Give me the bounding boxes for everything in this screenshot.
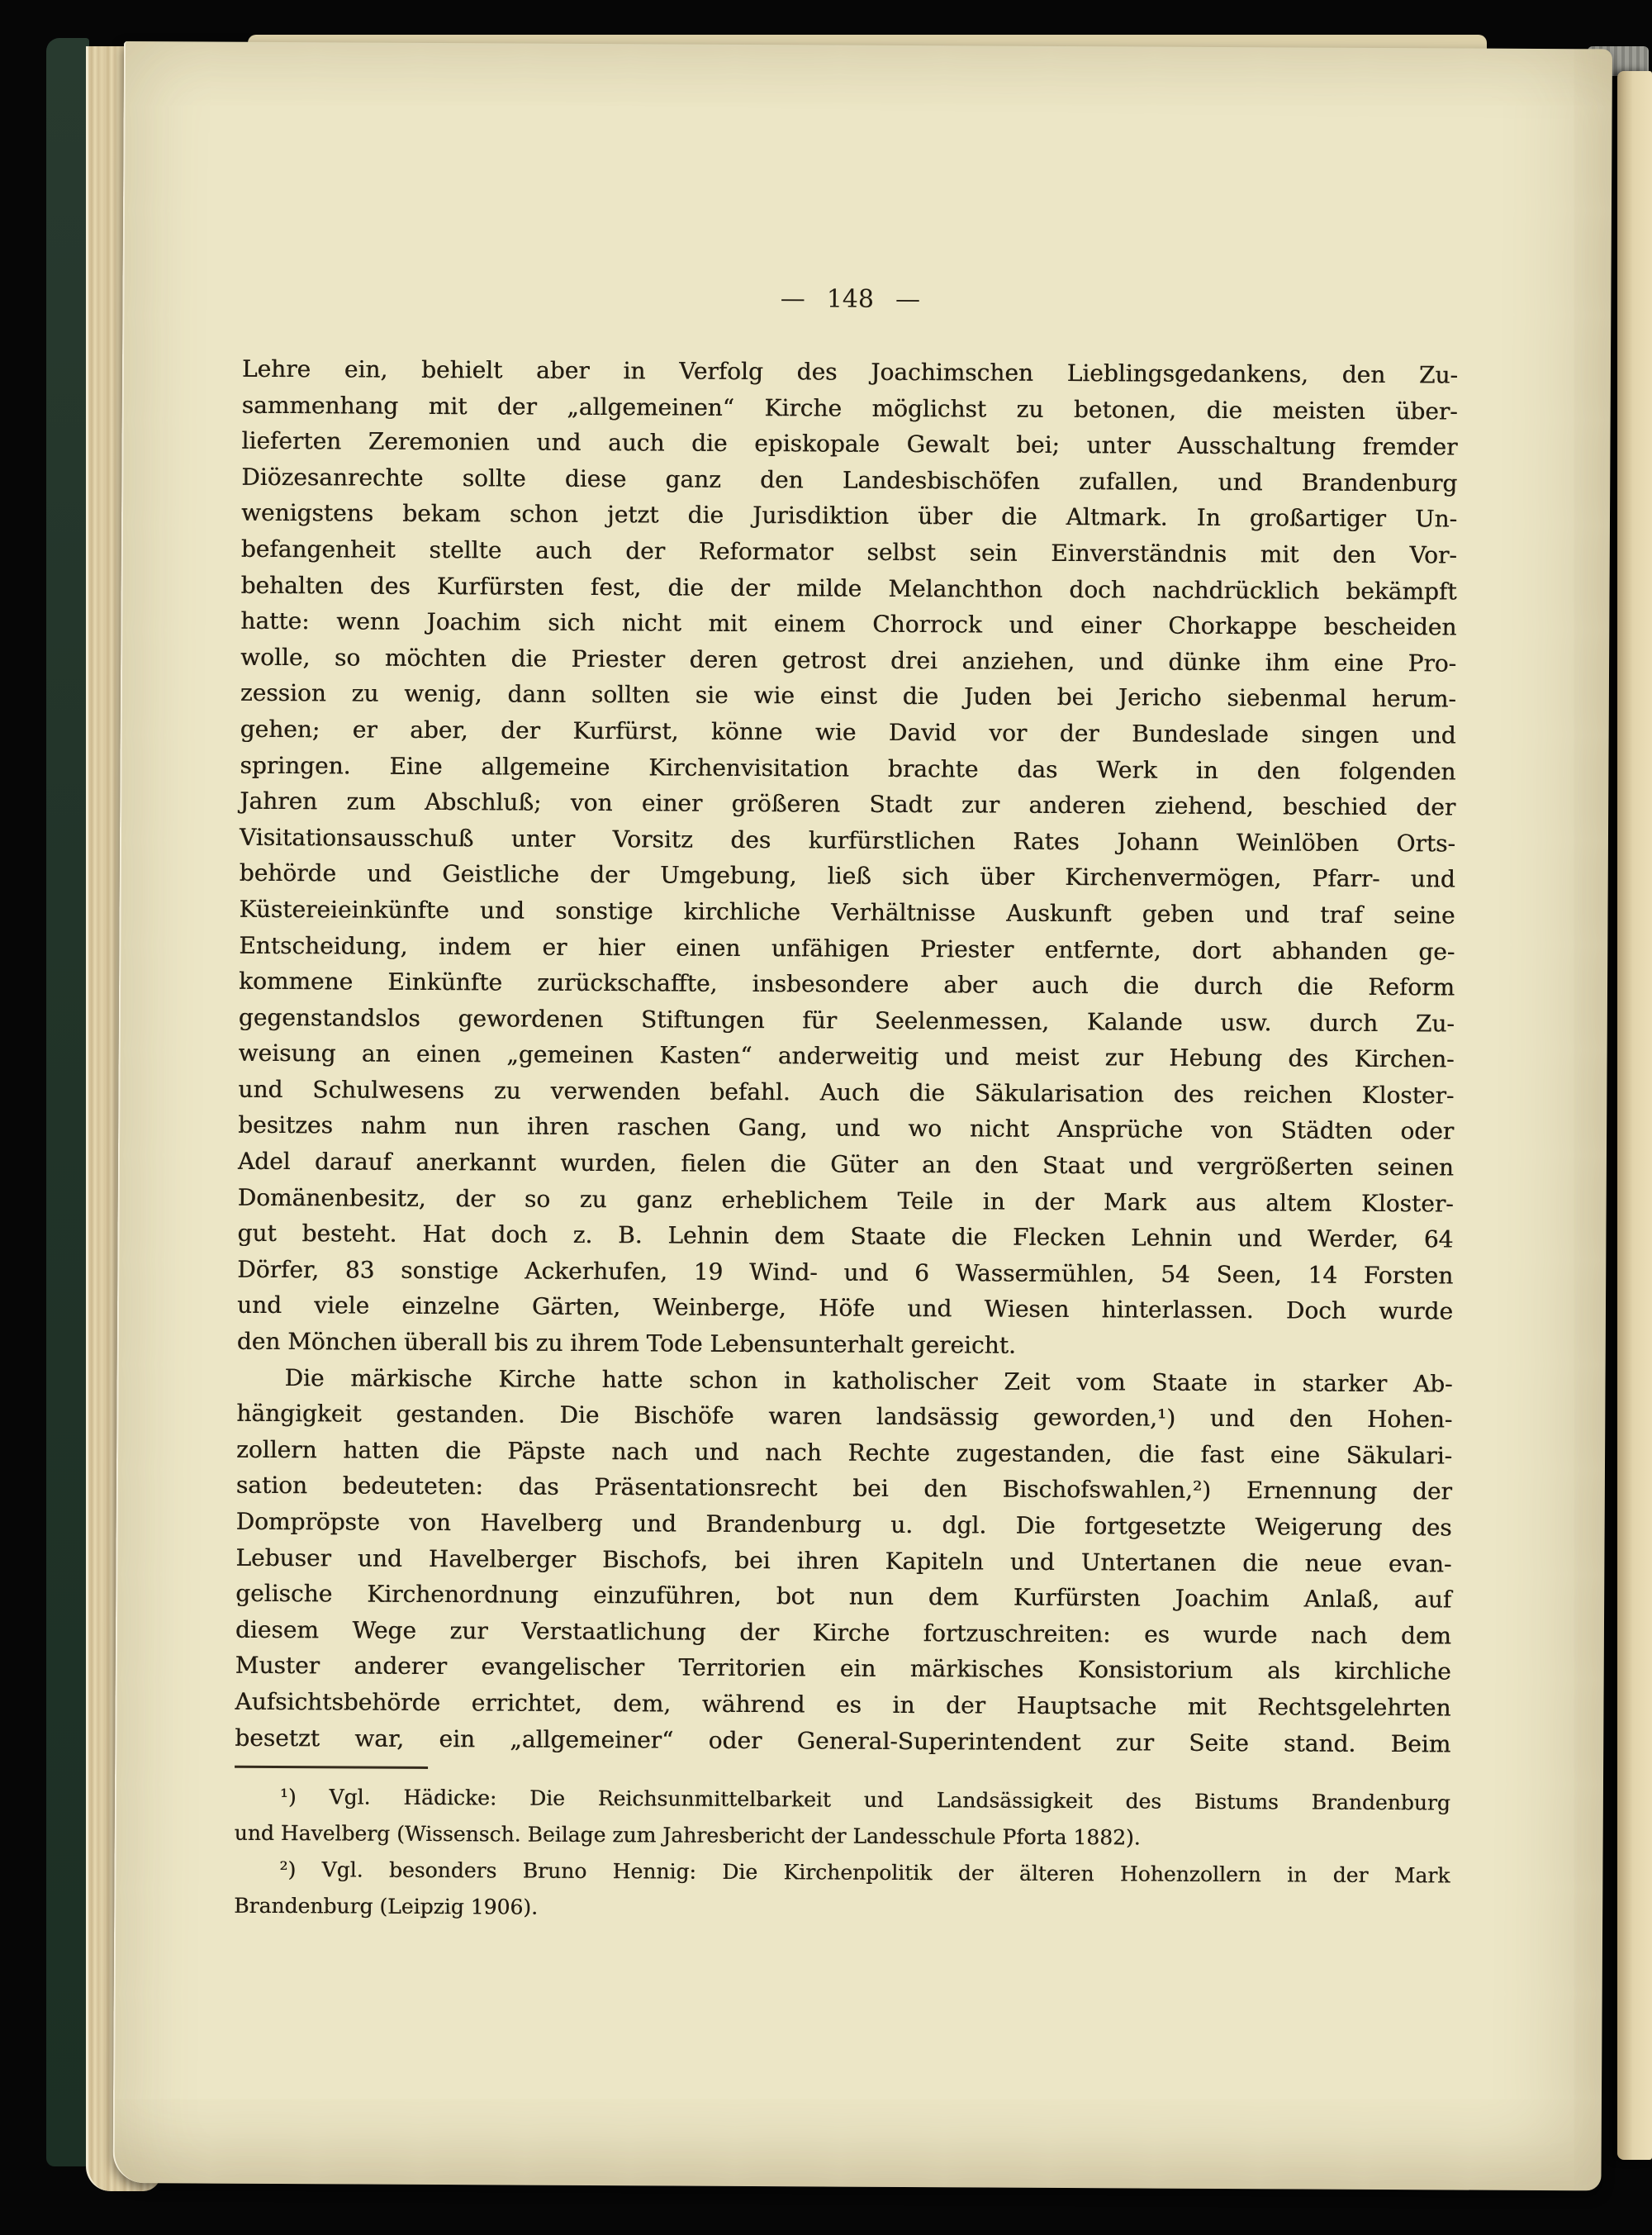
book-page: —148— Lehre ein, behielt aber in Verfolg… [112, 41, 1612, 2190]
text-line: weisung an einen „gemeinen Kasten“ ander… [238, 1035, 1454, 1077]
text-line: den Mönchen überall bis zu ihrem Tode Le… [237, 1324, 1453, 1366]
text-line: hatte: wenn Joachim sich nicht mit einem… [240, 603, 1456, 645]
text-line: besitzes nahm nun ihren raschen Gang, un… [238, 1107, 1454, 1149]
text-line: gelische Kirchenordnung einzuführen, bot… [235, 1576, 1451, 1618]
text-line: Dörfer, 83 sonstige Ackerhufen, 19 Wind-… [237, 1252, 1453, 1294]
text-line: Visitationsausschuß unter Vorsitz des ku… [240, 819, 1455, 861]
text-line: und Havelberg (Wissensch. Beilage zum Ja… [235, 1815, 1450, 1858]
text-line: sation bedeuteten: das Präsentationsrech… [236, 1467, 1452, 1510]
text-line: Die märkische Kirche hatte schon in kath… [236, 1359, 1452, 1401]
scanned-book-photo: —148— Lehre ein, behielt aber in Verfolg… [0, 0, 1652, 2235]
adjacent-page-edge [1617, 71, 1652, 2160]
text-line: gehen; er aber, der Kurfürst, könne wie … [240, 711, 1456, 754]
text-line: zollern hatten die Päpste nach und nach … [236, 1432, 1452, 1474]
page-header: —148— [242, 282, 1458, 317]
text-line: ²) Vgl. besonders Bruno Hennig: Die Kirc… [234, 1852, 1450, 1895]
text-line: befangenheit stellte auch der Reformator… [241, 531, 1457, 573]
text-line: gut besteht. Hat doch z. B. Lehnin dem S… [237, 1215, 1453, 1258]
page-number: 148 [827, 284, 874, 313]
text-line: Lebuser und Havelberger Bischofs, bei ih… [235, 1539, 1451, 1581]
text-line: besetzt war, ein „allgemeiner“ oder Gene… [235, 1719, 1450, 1762]
text-line: wolle, so möchten die Priester deren get… [240, 639, 1456, 681]
text-line: Entscheidung, indem er hier einen unfähi… [239, 927, 1455, 969]
body-text: Lehre ein, behielt aber in Verfolg des J… [235, 351, 1458, 1762]
text-line: Adel darauf anerkannt wurden, fielen die… [238, 1144, 1454, 1186]
footnote-separator-rule [235, 1766, 428, 1769]
text-line: Brandenburg (Leipzig 1906). [234, 1888, 1450, 1931]
book-cover-edge [46, 38, 89, 2166]
text-line: gegenstandslos gewordenen Stiftungen für… [239, 999, 1455, 1041]
text-line: Küstereieinkünfte und sonstige kirchlich… [239, 892, 1455, 934]
text-line: hängigkeit gestanden. Die Bischöfe waren… [236, 1396, 1452, 1438]
header-dash-left: — [781, 284, 805, 313]
footnotes: ¹) Vgl. Hädicke: Die Reichsunmittelbarke… [234, 1779, 1450, 1931]
text-line: Lehre ein, behielt aber in Verfolg des J… [242, 351, 1458, 393]
text-line: Domänenbesitz, der so zu ganz erhebliche… [238, 1179, 1454, 1221]
text-line: Diözesanrechte sollte diese ganz den Lan… [241, 459, 1457, 502]
text-line: lieferten Zeremonien und auch die episko… [241, 423, 1457, 465]
text-line: wenigstens bekam schon jetzt die Jurisdi… [241, 495, 1457, 537]
text-line: diesem Wege zur Verstaatlichung der Kirc… [235, 1612, 1451, 1654]
text-line: behalten des Kurfürsten fest, die der mi… [240, 567, 1456, 609]
text-line: behörde und Geistliche der Umgebung, lie… [240, 855, 1455, 897]
text-line: zession zu wenig, dann sollten sie wie e… [240, 675, 1456, 717]
text-line: und Schulwesens zu verwenden befahl. Auc… [238, 1072, 1454, 1114]
text-line: springen. Eine allgemeine Kirchenvisitat… [240, 747, 1455, 789]
text-line: kommene Einkünfte zurückschaffte, insbes… [239, 963, 1455, 1006]
text-line: und viele einzelne Gärten, Weinberge, Hö… [237, 1287, 1453, 1329]
text-line: Dompröpste von Havelberg und Brandenburg… [236, 1504, 1452, 1546]
text-line: sammenhang mit der „allgemeinen“ Kirche … [242, 387, 1458, 429]
text-line: Muster anderer evangelischer Territorien… [235, 1648, 1451, 1690]
text-line: Jahren zum Abschluß; von einer größeren … [240, 783, 1455, 825]
text-line: ¹) Vgl. Hädicke: Die Reichsunmittelbarke… [235, 1779, 1450, 1822]
text-line: Aufsichtsbehörde errichtet, dem, während… [235, 1684, 1450, 1726]
header-dash-right: — [895, 285, 920, 314]
